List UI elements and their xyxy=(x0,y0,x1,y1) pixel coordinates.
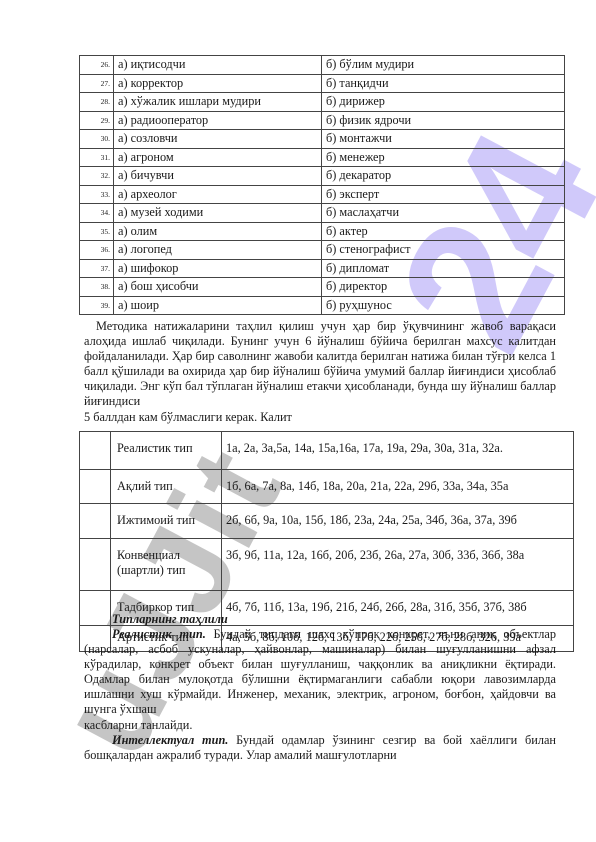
row-number: 28. xyxy=(80,93,114,112)
option-a: а) корректор xyxy=(114,74,322,93)
key-type-label-line2: (шартли) тип xyxy=(117,563,186,577)
method-paragraph-body: Методика натижаларини таҳлил қилиш учун … xyxy=(84,319,556,408)
option-a: а) шифокор xyxy=(114,259,322,278)
option-b: б) менежер xyxy=(322,148,565,167)
table-row: 35.а) олимб) актер xyxy=(80,222,565,241)
row-number: 29. xyxy=(80,111,114,130)
key-row-conventional: Конвенциал(шартли) тип 3б, 9б, 11а, 12а,… xyxy=(80,539,574,591)
option-b: б) дирижер xyxy=(322,93,565,112)
table-row: 26.а) иқтисодчиб) бўлим мудири xyxy=(80,56,565,75)
key-row-social: Ижтимоий тип 2б, 6б, 9а, 10а, 15б, 18б, … xyxy=(80,504,574,539)
option-a: а) олим xyxy=(114,222,322,241)
row-number: 33. xyxy=(80,185,114,204)
option-a: а) хўжалик ишлари мудири xyxy=(114,93,322,112)
option-b: б) дипломат xyxy=(322,259,565,278)
row-number: 30. xyxy=(80,130,114,149)
key-row-realistic: Реалистик тип 1а, 2а, 3а,5а, 14а, 15а,16… xyxy=(80,432,574,470)
key-type-label: Конвенциал(шартли) тип xyxy=(111,539,222,591)
option-a: а) логопед xyxy=(114,241,322,260)
table-row: 34.а) музей ходимиб) маслаҳатчи xyxy=(80,204,565,223)
table-row: 33.а) археологб) эксперт xyxy=(80,185,565,204)
table-row: 32.а) бичувчиб) декаратор xyxy=(80,167,565,186)
option-b: б) танқидчи xyxy=(322,74,565,93)
option-a: а) созловчи xyxy=(114,130,322,149)
table-row: 39.а) шоирб) руҳшунос xyxy=(80,296,565,315)
option-b: б) директор xyxy=(322,278,565,297)
option-b: б) бўлим мудири xyxy=(322,56,565,75)
row-number: 37. xyxy=(80,259,114,278)
realistic-type-paragraph: Реалистик тип. Бундай типдаги шахс кўпро… xyxy=(84,627,556,733)
table-row: 30.а) созловчиб) монтажчи xyxy=(80,130,565,149)
row-number: 34. xyxy=(80,204,114,223)
realistic-type-title: Реалистик тип. xyxy=(112,627,206,641)
option-b: б) маслаҳатчи xyxy=(322,204,565,223)
row-number: 36. xyxy=(80,241,114,260)
option-a: а) музей ходими xyxy=(114,204,322,223)
intellectual-type-paragraph: Интеллектуал тип. Бундай одамлар ўзининг… xyxy=(84,733,556,763)
intellectual-type-title: Интеллектуал тип. xyxy=(112,733,228,747)
realistic-type-last-line: касбларни танлайди. xyxy=(84,718,556,733)
row-number: 26. xyxy=(80,56,114,75)
key-answers: 1б, 6а, 7а, 8а, 14б, 18а, 20а, 21а, 22а,… xyxy=(222,470,574,504)
row-number: 31. xyxy=(80,148,114,167)
option-a: а) бичувчи xyxy=(114,167,322,186)
row-number: 39. xyxy=(80,296,114,315)
row-number: 38. xyxy=(80,278,114,297)
table-row: 37.а) шифокорб) дипломат xyxy=(80,259,565,278)
option-a: а) иқтисодчи xyxy=(114,56,322,75)
key-answers: 3б, 9б, 11а, 12а, 16б, 20б, 23б, 26а, 27… xyxy=(222,539,574,591)
document-page: uJJit 24 26.а) иқтисодчиб) бўлим мудири2… xyxy=(0,0,596,842)
key-answers: 1а, 2а, 3а,5а, 14а, 15а,16а, 17а, 19а, 2… xyxy=(222,432,574,470)
option-b: б) физик ядрочи xyxy=(322,111,565,130)
method-paragraph: Методика натижаларини таҳлил қилиш учун … xyxy=(84,319,556,425)
key-type-label: Реалистик тип xyxy=(111,432,222,470)
table-row: 38.а) бош ҳисобчиб) директор xyxy=(80,278,565,297)
key-answers: 2б, 6б, 9а, 10а, 15б, 18б, 23а, 24а, 25а… xyxy=(222,504,574,539)
analysis-heading: Типларнинг таҳлили xyxy=(112,612,584,627)
option-a: а) бош ҳисобчи xyxy=(114,278,322,297)
option-b: б) декаратор xyxy=(322,167,565,186)
row-number: 35. xyxy=(80,222,114,241)
table-row: 29.а) радиооператорб) физик ядрочи xyxy=(80,111,565,130)
key-type-label-line1: Конвенциал xyxy=(117,548,180,562)
table-row: 36.а) логопедб) стенографист xyxy=(80,241,565,260)
table-row: 27.а) корректорб) танқидчи xyxy=(80,74,565,93)
option-a: а) агроном xyxy=(114,148,322,167)
option-a: а) радиооператор xyxy=(114,111,322,130)
row-number: 27. xyxy=(80,74,114,93)
row-number: 32. xyxy=(80,167,114,186)
key-type-label: Ақлий тип xyxy=(111,470,222,504)
option-b: б) эксперт xyxy=(322,185,565,204)
key-row-intellectual: Ақлий тип 1б, 6а, 7а, 8а, 14б, 18а, 20а,… xyxy=(80,470,574,504)
table-row: 31.а) агрономб) менежер xyxy=(80,148,565,167)
option-b: б) монтажчи xyxy=(322,130,565,149)
option-b: б) руҳшунос xyxy=(322,296,565,315)
option-a: а) шоир xyxy=(114,296,322,315)
key-type-label: Ижтимоий тип xyxy=(111,504,222,539)
profession-pairs-table: 26.а) иқтисодчиб) бўлим мудири27.а) корр… xyxy=(79,55,565,315)
option-a: а) археолог xyxy=(114,185,322,204)
table-row: 28.а) хўжалик ишлари мудириб) дирижер xyxy=(80,93,565,112)
method-paragraph-last-line: 5 баллдан кам бўлмаслиги керак. Калит xyxy=(84,410,556,425)
option-b: б) стенографист xyxy=(322,241,565,260)
option-b: б) актер xyxy=(322,222,565,241)
